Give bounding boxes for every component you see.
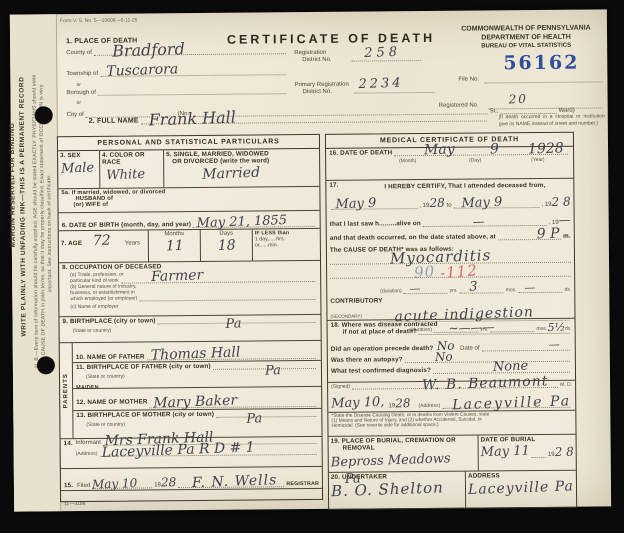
contributory-label: CONTRIBUTORY — [330, 297, 382, 304]
birthplace-label: 9. BIRTHPLACE (city or town) — [62, 317, 155, 325]
father-value: Thomas Hall — [150, 347, 240, 363]
parents-block: PARENTS 10. NAME OF FATHER Thomas Hall 1… — [60, 341, 322, 439]
plate-number: 11—3184 — [64, 501, 85, 507]
informant-label: Informant — [76, 440, 101, 446]
certify-text: I HEREBY CERTIFY, That I attended deceas… — [329, 182, 570, 191]
informant-address-value: Laceyville Pa R D # 1 — [101, 442, 254, 460]
mother-birthplace-value: Pa — [246, 414, 262, 426]
certificate-title: CERTIFICATE OF DEATH — [191, 31, 471, 47]
test-label: What test confirmed diagnosis? — [331, 367, 431, 375]
file-number-stamp: 56162 — [503, 52, 579, 75]
dob-label: 6. DATE OF BIRTH (month, day, and year) — [62, 221, 192, 229]
occupation-value: Farmer — [151, 270, 203, 284]
burial-date-cell: DATE OF BURIAL May 11 19 2 8 — [479, 435, 576, 471]
row-birthplace: 9. BIRTHPLACE (city or town)Pa (State or… — [59, 315, 320, 343]
duration1-mos: 3 — [470, 281, 479, 293]
primary-registration-value: 2234 — [358, 78, 403, 91]
row-date-of-death: 16. DATE OF DEATH May91928 (Month) (Day)… — [326, 147, 573, 181]
township-line: Tuscarora — [100, 74, 286, 77]
dob-value: May 21, 1855 — [197, 215, 288, 230]
form-number: Form V. S. No. 5—10606—5-11-25 — [60, 18, 138, 25]
duration1-yrs: — — [409, 284, 420, 294]
filed-label: Filed — [77, 483, 90, 489]
borough-row: Borough of — [67, 88, 289, 96]
borough-label: Borough of — [67, 90, 96, 96]
county-row: County of Bradford — [66, 48, 288, 56]
agency-line3: BUREAU OF VITAL STATISTICS — [448, 42, 604, 51]
signed-label: (Signed) — [331, 384, 350, 390]
burial-year-value: 2 8 — [554, 446, 573, 457]
hospital-note: [If death occurred in a Hospital or Inst… — [499, 113, 605, 127]
personal-section: PERSONAL AND STATISTICAL PARTICULARS 3. … — [57, 134, 323, 502]
age-days-cell: Days 18 — [201, 230, 253, 261]
age-years-cell: 7. AGE 72 Years — [59, 230, 149, 262]
certificate-paper: MARGIN RESERVED FOR BINDING WRITE PLAINL… — [10, 9, 611, 511]
signed-address: Laceyville Pa — [452, 395, 571, 412]
or-label-2: or — [77, 100, 82, 106]
autopsy-label: Was there an autopsy? — [331, 356, 403, 364]
burial-place-cell: 19. PLACE OF BURIAL, CREMATION OR REMOVA… — [329, 436, 479, 472]
burial-date-value: May 11 — [480, 445, 529, 458]
certificate-content: Form V. S. No. 5—10606—5-11-25 CERTIFICA… — [56, 9, 607, 511]
dod-day: 9 — [490, 144, 499, 157]
row-dob: 6. DATE OF BIRTH (month, day, and year) … — [59, 211, 320, 231]
attended-to: May 9 — [461, 197, 502, 210]
father-label: 10. NAME OF FATHER — [76, 353, 145, 361]
age-days-value: 18 — [217, 239, 235, 252]
undertaker-value: B. O. Shelton — [331, 481, 444, 498]
burial-place-value: Bepross Meadows — [331, 453, 451, 469]
race-cell: 4. COLOR OR RACE White — [100, 150, 164, 188]
last-saw-text: that I last saw h.........alive on — [330, 220, 421, 228]
row-age: 7. AGE 72 Years Months 11 Days 18 IF LES… — [59, 229, 320, 263]
primary-registration-line — [355, 92, 435, 94]
marital-value: Married — [202, 167, 260, 182]
registration-district-label: Registration District No. — [294, 50, 331, 64]
signed-date: May 10, — [331, 397, 385, 411]
row-undertaker: 20. UNDERTAKER B. O. Shelton ADDRESS Lac… — [329, 471, 576, 509]
full-name-row: 2. FULL NAME Frank Hall — [89, 114, 489, 124]
date-of-death-label: 16. DATE OF DEATH — [329, 149, 392, 157]
agency-block: COMMONWEALTH OF PENNSYLVANIA DEPARTMENT … — [448, 24, 604, 50]
age-months-cell: Months 11 — [149, 230, 201, 261]
row-occupation: 8. OCCUPATION OF DECEASED (a) Trade, pro… — [59, 261, 320, 317]
filed-year-value: 28 — [161, 477, 177, 488]
age-years-value: 72 — [92, 235, 110, 248]
code-line: 90 -112 — [330, 275, 571, 278]
autopsy-value: No — [435, 352, 453, 363]
medical-section: MEDICAL CERTIFICATE OF DEATH 16. DATE OF… — [325, 132, 577, 510]
sex-value: Male — [61, 162, 94, 175]
last-saw-dash: — — [472, 216, 484, 227]
row-signature: (Signed) W. B. Beaumont M. D. May 10, 19… — [328, 381, 575, 413]
death-time-value: 9 P — [536, 228, 559, 241]
undertaker-address-cell: ADDRESS Laceyville Pa — [466, 471, 576, 508]
code-blue-value: 90 — [414, 265, 436, 280]
registered-no-value: 20 — [508, 94, 528, 105]
row-certification: 17. I HEREBY CERTIFY, That I attended de… — [326, 179, 574, 321]
informant-address-label: (Address) — [76, 451, 98, 457]
row-filed: 15. Filed May 10 19 28 F. N. Wells REGIS… — [61, 467, 322, 491]
dod-year: 1928 — [528, 143, 564, 157]
township-label: Township of — [66, 71, 98, 77]
county-label: County of — [66, 50, 92, 56]
footnote: *State the Disease Causing Death, or in … — [328, 411, 575, 437]
registration-district-line — [351, 60, 421, 62]
row-5a: 5a. If married, widowed, or divorced HUS… — [58, 187, 319, 213]
margin-note-nb2: CAUSE OF DEATH in plain terms, so that i… — [38, 84, 46, 355]
row-burial: 19. PLACE OF BURIAL, CREMATION OR REMOVA… — [329, 435, 576, 473]
age-months-value: 11 — [165, 240, 183, 253]
file-no-line — [484, 81, 602, 83]
primary-registration-label: Primary Registration District No. — [294, 82, 348, 96]
filed-date-value: May 10 — [92, 478, 138, 490]
county-line: Bradford — [94, 53, 286, 56]
margin-note-binding: MARGIN RESERVED FOR BINDING — [9, 123, 17, 248]
punch-hole-bottom — [37, 356, 55, 374]
death-time-text: and that death occurred, on the date sta… — [330, 233, 496, 241]
signed-year: 28 — [395, 398, 411, 409]
operation-label: Did an operation precede death? — [331, 345, 434, 353]
row-informant: 14. InformantMrs Frank Hall (Address)Lac… — [61, 437, 322, 469]
registered-no-label: Registered No. — [439, 103, 479, 109]
last-saw-year: — — [558, 214, 570, 225]
race-value: White — [106, 169, 145, 182]
city-label: City of — [67, 112, 84, 118]
attended-from-year: 28 — [429, 198, 445, 209]
dod-month: May — [424, 144, 455, 158]
mother-value: Mary Baker — [153, 395, 237, 411]
operation-date: — — [549, 340, 560, 350]
row-father: 10. NAME OF FATHER Thomas Hall — [73, 341, 321, 363]
or-label-1: or — [76, 82, 81, 88]
plate-number-row: 11—3184 — [61, 489, 322, 503]
registrar-label: REGISTRAR — [286, 481, 319, 487]
physician-signature: W. B. Beaumont — [422, 376, 549, 393]
dob-line: May 21, 1855 — [193, 226, 315, 228]
contracted-value: ~——— — [449, 322, 495, 334]
row-mother: MAIDEN12. NAME OF MOTHER Mary Baker — [73, 387, 321, 411]
margin-note-permanent: WRITE PLAINLY WITH UNFADING INK—THIS IS … — [18, 76, 27, 336]
registrar-signature: F. N. Wells — [192, 475, 278, 491]
attended-to-year: 2 8 — [551, 196, 570, 207]
undertaker-address-value: Laceyville Pa — [468, 480, 574, 496]
code-red-value: -112 — [440, 264, 479, 280]
undertaker-cell: 20. UNDERTAKER B. O. Shelton — [329, 472, 466, 509]
sex-cell: 3. SEX Male — [58, 151, 100, 188]
full-name-value: Frank Hall — [148, 110, 236, 127]
parents-side-label: PARENTS — [60, 343, 74, 438]
file-no-label: File No. — [458, 77, 479, 83]
registration-district-value: 258 — [364, 47, 401, 60]
attended-from: May 9 — [335, 198, 376, 211]
township-value: Tuscarora — [106, 64, 178, 79]
if-less-cell: IF LESS than 1 day,.....hrs. or,.....min… — [253, 229, 320, 261]
test-value: None — [493, 361, 529, 374]
agency-line1: COMMONWEALTH OF PENNSYLVANIA — [448, 24, 604, 34]
father-birthplace-value: Pa — [265, 365, 281, 377]
duration1-ds: — — [524, 283, 535, 293]
marital-cell: 5. SINGLE, MARRIED, WIDOWED OR DIVORCED … — [164, 149, 319, 187]
binding-margin: MARGIN RESERVED FOR BINDING WRITE PLAINL… — [10, 14, 61, 511]
county-value: Bradford — [112, 42, 185, 59]
punch-hole-top — [35, 106, 53, 124]
full-name-line: Frank Hall — [141, 120, 487, 124]
birthplace-value: Pa — [225, 319, 241, 331]
borough-line — [98, 93, 287, 96]
township-row: Township of Tuscarora — [66, 69, 288, 77]
row-sex-race-marital: 3. SEX Male 4. COLOR OR RACE White 5. SI… — [58, 149, 319, 189]
full-name-label: 2. FULL NAME — [89, 117, 139, 124]
margin-note-nb3: important. See instructions on back of c… — [46, 174, 53, 292]
